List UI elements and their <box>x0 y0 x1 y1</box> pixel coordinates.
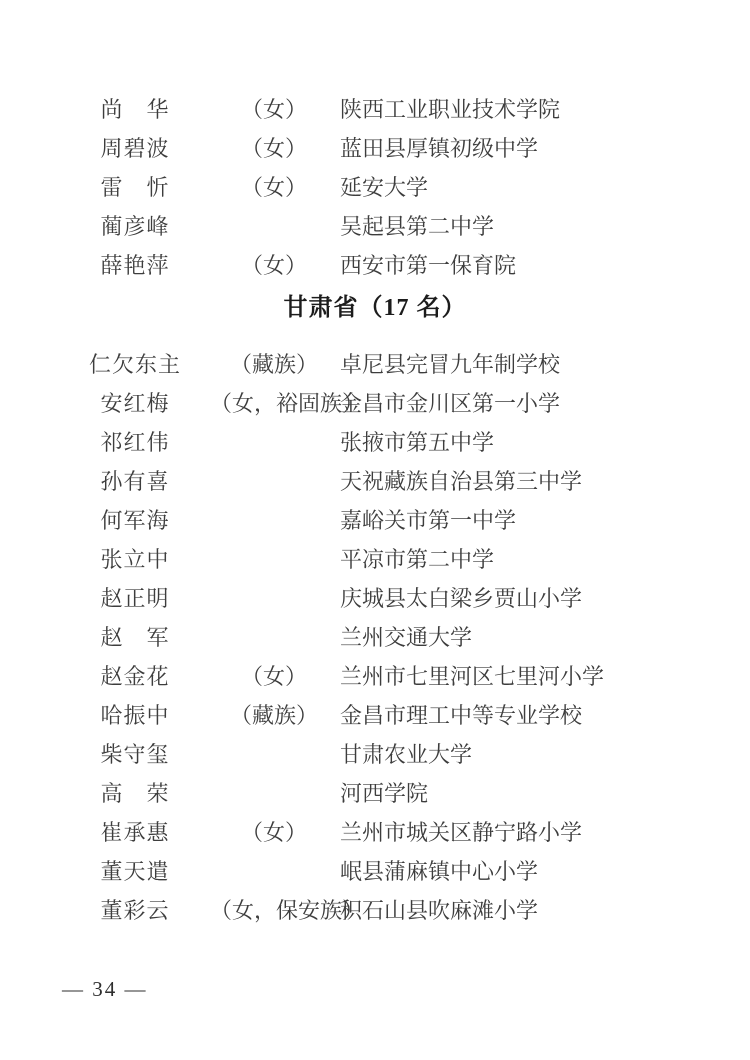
person-school: 天祝藏族自治县第三中学 <box>338 465 750 496</box>
table-row: 蔺彦峰 吴起县第二中学 <box>0 206 750 245</box>
person-school: 兰州交通大学 <box>338 621 750 652</box>
person-school: 吴起县第二中学 <box>338 210 750 241</box>
person-note: （女） <box>210 816 338 847</box>
person-name: 张立中 <box>60 543 210 574</box>
document-content: 尚 华 （女） 陕西工业职业技术学院 周碧波 （女） 蓝田县厚镇初级中学 雷 忻… <box>0 0 750 929</box>
person-note: （女） <box>210 660 338 691</box>
person-school: 金昌市金川区第一小学 <box>338 387 750 418</box>
person-name: 董彩云 <box>60 894 210 925</box>
table-row: 哈振中 （藏族） 金昌市理工中等专业学校 <box>0 695 750 734</box>
person-name: 何军海 <box>60 504 210 535</box>
table-row: 祁红伟 张掖市第五中学 <box>0 422 750 461</box>
table-row: 仁欠东主 （藏族） 卓尼县完冒九年制学校 <box>0 344 750 383</box>
table-row: 孙有喜 天祝藏族自治县第三中学 <box>0 461 750 500</box>
person-note: （女，裕固族） <box>210 387 338 418</box>
table-row: 薛艳萍 （女） 西安市第一保育院 <box>0 245 750 284</box>
table-row: 雷 忻 （女） 延安大学 <box>0 167 750 206</box>
person-school: 甘肃农业大学 <box>338 738 750 769</box>
person-school: 庆城县太白梁乡贾山小学 <box>338 582 750 613</box>
person-school: 积石山县吹麻滩小学 <box>338 894 750 925</box>
person-name: 柴守玺 <box>60 738 210 769</box>
person-school: 兰州市七里河区七里河小学 <box>338 660 750 691</box>
person-school: 蓝田县厚镇初级中学 <box>338 132 750 163</box>
person-name: 董天遣 <box>60 855 210 886</box>
table-row: 尚 华 （女） 陕西工业职业技术学院 <box>0 89 750 128</box>
person-name: 仁欠东主 <box>60 348 210 379</box>
person-school: 西安市第一保育院 <box>338 249 750 280</box>
person-name: 哈振中 <box>60 699 210 730</box>
gansu-roster: 仁欠东主 （藏族） 卓尼县完冒九年制学校 安红梅 （女，裕固族） 金昌市金川区第… <box>0 344 750 929</box>
table-row: 崔承惠 （女） 兰州市城关区静宁路小学 <box>0 812 750 851</box>
person-name: 赵正明 <box>60 582 210 613</box>
table-row: 何军海 嘉峪关市第一中学 <box>0 500 750 539</box>
shaanxi-roster: 尚 华 （女） 陕西工业职业技术学院 周碧波 （女） 蓝田县厚镇初级中学 雷 忻… <box>0 89 750 284</box>
person-name: 高 荣 <box>60 777 210 808</box>
person-name: 安红梅 <box>60 387 210 418</box>
person-name: 赵 军 <box>60 621 210 652</box>
person-note: （藏族） <box>210 348 338 379</box>
person-note: （女，保安族） <box>210 894 338 925</box>
person-name: 蔺彦峰 <box>60 210 210 241</box>
person-name: 雷 忻 <box>60 171 210 202</box>
person-school: 卓尼县完冒九年制学校 <box>338 348 750 379</box>
person-note: （女） <box>210 249 338 280</box>
table-row: 安红梅 （女，裕固族） 金昌市金川区第一小学 <box>0 383 750 422</box>
person-school: 岷县蒲麻镇中心小学 <box>338 855 750 886</box>
table-row: 赵正明 庆城县太白梁乡贾山小学 <box>0 578 750 617</box>
person-school: 平凉市第二中学 <box>338 543 750 574</box>
table-row: 柴守玺 甘肃农业大学 <box>0 734 750 773</box>
person-school: 金昌市理工中等专业学校 <box>338 699 750 730</box>
person-name: 尚 华 <box>60 93 210 124</box>
person-school: 兰州市城关区静宁路小学 <box>338 816 750 847</box>
person-note: （藏族） <box>210 699 338 730</box>
person-name: 崔承惠 <box>60 816 210 847</box>
person-note: （女） <box>210 93 338 124</box>
person-name: 祁红伟 <box>60 426 210 457</box>
table-row: 张立中 平凉市第二中学 <box>0 539 750 578</box>
person-name: 周碧波 <box>60 132 210 163</box>
table-row: 高 荣 河西学院 <box>0 773 750 812</box>
person-note: （女） <box>210 132 338 163</box>
table-row: 赵金花 （女） 兰州市七里河区七里河小学 <box>0 656 750 695</box>
table-row: 周碧波 （女） 蓝田县厚镇初级中学 <box>0 128 750 167</box>
person-note: （女） <box>210 171 338 202</box>
person-school: 延安大学 <box>338 171 750 202</box>
person-name: 薛艳萍 <box>60 249 210 280</box>
table-row: 董天遣 岷县蒲麻镇中心小学 <box>0 851 750 890</box>
person-school: 嘉峪关市第一中学 <box>338 504 750 535</box>
table-row: 董彩云 （女，保安族） 积石山县吹麻滩小学 <box>0 890 750 929</box>
page-number: — 34 — <box>62 977 148 1002</box>
person-name: 孙有喜 <box>60 465 210 496</box>
person-school: 张掖市第五中学 <box>338 426 750 457</box>
document-page: 尚 华 （女） 陕西工业职业技术学院 周碧波 （女） 蓝田县厚镇初级中学 雷 忻… <box>0 0 750 1060</box>
person-school: 河西学院 <box>338 777 750 808</box>
person-school: 陕西工业职业技术学院 <box>338 93 750 124</box>
table-row: 赵 军 兰州交通大学 <box>0 617 750 656</box>
section-heading-gansu: 甘肃省（17 名） <box>0 290 750 326</box>
person-name: 赵金花 <box>60 660 210 691</box>
